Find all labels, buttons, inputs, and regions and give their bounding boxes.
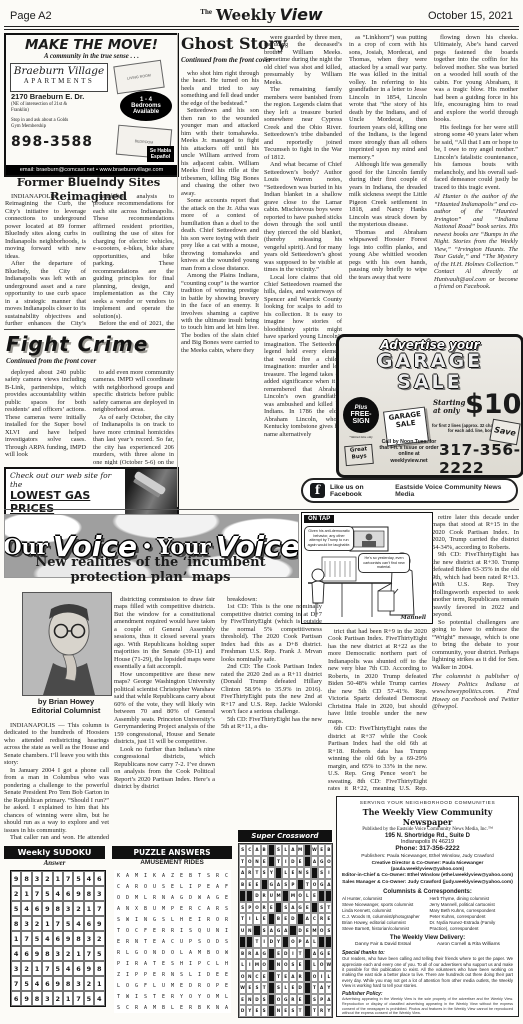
- grid-cell: Z: [114, 969, 123, 980]
- grid-row: ERNTEACUPSODS: [114, 936, 231, 947]
- howey-column-4: trict that had been R+9 in the 2020 Cook…: [328, 628, 427, 791]
- grid-cell: A: [318, 982, 325, 994]
- grid-cell: 5: [84, 991, 94, 1006]
- grid-cell: A: [253, 948, 260, 960]
- grid-cell: R: [159, 969, 168, 980]
- grid-cell: S: [318, 867, 325, 879]
- grid-cell: 7: [84, 946, 94, 961]
- list-item: As of early October, the city of Indiana…: [93, 414, 174, 465]
- grid-cell: 5: [94, 946, 104, 961]
- grid-row: CAROUSELIPEAF: [114, 881, 231, 892]
- grid-cell: E: [261, 971, 268, 983]
- grid-cell: X: [132, 903, 141, 914]
- grid-cell: S: [311, 994, 318, 1006]
- grid-cell: I: [261, 936, 268, 948]
- word-search-answer-grid: KAMIKAZEBTSRCCAROUSELIPEAFODMLRNAGDWAGEA…: [114, 870, 231, 1013]
- columnists-right-list: Herb Thyme, dining columnistJerry Mannel…: [430, 896, 514, 932]
- grid-row: ENDSOGRESPA: [239, 994, 332, 1006]
- grid-cell: E: [297, 994, 304, 1006]
- grid-cell: 3: [32, 871, 42, 886]
- grid-cell: D: [289, 856, 296, 868]
- grid-cell: A: [304, 936, 311, 948]
- grid-cell: O: [311, 879, 318, 891]
- grid-cell: S: [282, 879, 289, 891]
- grid-cell: D: [289, 913, 296, 925]
- grid-cell: R: [186, 903, 195, 914]
- list-item: Local lore claims that old Chief Setteed…: [264, 274, 342, 439]
- blueindy-column-1: INDIANAPOLIS — Reimagining the Curb, the…: [5, 193, 86, 327]
- grid-cell: 7: [11, 976, 21, 991]
- grid-cell: L: [311, 936, 318, 948]
- grid-cell: A: [204, 892, 213, 903]
- grid-cell: 2: [94, 931, 104, 946]
- list-item: deployed about 240 public safety camera …: [5, 369, 86, 459]
- grid-row: PIRATESHIPCLH: [114, 958, 231, 969]
- grid-cell: 7: [21, 931, 31, 946]
- badge-line: SIGN: [352, 418, 369, 425]
- grid-cell: U: [239, 925, 246, 937]
- gas-line2: LOWEST GAS PRICES: [10, 489, 122, 515]
- grid-cell: T: [114, 925, 123, 936]
- grid-cell: M: [311, 925, 318, 937]
- list-item: INDIANAPOLIS — This column is dedicated …: [4, 722, 109, 767]
- grid-cell: B: [186, 870, 195, 881]
- grid-cell: E: [150, 936, 159, 947]
- list-item: 6th CD: FiveThirtyEight rates the distri…: [328, 725, 427, 791]
- grid-cell: R: [195, 980, 204, 991]
- grid-cell: N: [275, 959, 282, 971]
- grid-cell: A: [159, 870, 168, 881]
- grid-cell: 4: [21, 901, 31, 916]
- grid-cell: S: [282, 902, 289, 914]
- grid-cell: L: [186, 969, 195, 980]
- grid-cell: W: [222, 947, 231, 958]
- grid-cell: [289, 925, 296, 937]
- newspaper-page: Page A2 The Weekly View October 15, 2021…: [0, 0, 523, 1024]
- grid-cell: U: [204, 925, 213, 936]
- grid-cell: E: [239, 994, 246, 1006]
- grid-cell: E: [275, 948, 282, 960]
- grid-cell: L: [311, 959, 318, 971]
- grid-cell: I: [282, 856, 289, 868]
- masthead-info-box: SERVING YOUR NEIGHBORHOOD COMMUNITIES Th…: [336, 796, 519, 1017]
- grid-cell: R: [213, 903, 222, 914]
- sudoku-answer-grid: 9832175462175469835469832178321754691754…: [10, 870, 106, 1007]
- grid-cell: U: [150, 881, 159, 892]
- grid-cell: [282, 890, 289, 902]
- list-item: Danny Fair & David Estsal: [355, 942, 411, 947]
- grid-cell: O: [282, 959, 289, 971]
- grid-cell: T: [297, 1005, 304, 1017]
- grid-cell: [268, 982, 275, 994]
- grid-cell: T: [297, 948, 304, 960]
- grid-cell: I: [177, 925, 186, 936]
- grid-cell: R: [186, 1002, 195, 1013]
- grid-cell: 9: [32, 946, 42, 961]
- grid-cell: E: [261, 856, 268, 868]
- grid-cell: 5: [73, 871, 83, 886]
- grid-cell: Q: [195, 925, 204, 936]
- list-item: who shot him right through the heart. He…: [181, 70, 259, 107]
- grid-cell: 3: [42, 991, 52, 1006]
- grid-cell: N: [213, 1002, 222, 1013]
- grid-cell: 4: [94, 991, 104, 1006]
- grid-cell: I: [325, 867, 332, 879]
- sign-line: Buys: [351, 453, 366, 460]
- grid-cell: [268, 948, 275, 960]
- sudoku-answer-label: Answer: [4, 859, 105, 867]
- grid-cell: G: [261, 948, 268, 960]
- grid-row: 175469832: [11, 931, 105, 946]
- grid-row: 546983217: [11, 901, 105, 916]
- grid-cell: 1: [84, 901, 94, 916]
- grid-cell: N: [168, 969, 177, 980]
- grid-cell: R: [318, 1005, 325, 1017]
- grid-cell: E: [159, 958, 168, 969]
- grid-cell: M: [159, 903, 168, 914]
- grid-cell: [268, 913, 275, 925]
- grid-cell: B: [204, 947, 213, 958]
- grid-cell: Z: [168, 870, 177, 881]
- grid-row: LIMONOSELOW: [239, 959, 332, 971]
- grid-cell: C: [222, 870, 231, 881]
- grid-cell: E: [253, 879, 260, 891]
- gas-nozzle-icon: [133, 471, 166, 496]
- grid-cell: [246, 936, 253, 948]
- grid-cell: E: [114, 936, 123, 947]
- grid-cell: [311, 902, 318, 914]
- grid-cell: R: [204, 914, 213, 925]
- grid-cell: [268, 844, 275, 856]
- grid-cell: A: [168, 892, 177, 903]
- grid-cell: G: [213, 892, 222, 903]
- grid-cell: Y: [325, 982, 332, 994]
- grid-cell: [282, 936, 289, 948]
- grid-row: ANXBUMPERCARS: [114, 903, 231, 914]
- grid-cell: D: [253, 994, 260, 1006]
- grid-cell: E: [282, 1005, 289, 1017]
- grid-cell: L: [282, 867, 289, 879]
- masthead-publisher-line: Published by the Eastside Voice Communit…: [342, 827, 513, 832]
- continued-from-front-cover: Continued from the front cover: [181, 56, 271, 64]
- grid-cell: C: [123, 1002, 132, 1013]
- grid-cell: N: [159, 892, 168, 903]
- grid-cell: I: [246, 913, 253, 925]
- list-item: Dr. Nydia Nunez-Estrada (Family Practice…: [430, 920, 514, 932]
- grid-cell: N: [275, 1005, 282, 1017]
- facebook-icon: f: [310, 483, 325, 498]
- grid-cell: W: [123, 991, 132, 1002]
- grid-cell: 6: [53, 931, 63, 946]
- grid-cell: 9: [73, 886, 83, 901]
- grid-cell: E: [297, 959, 304, 971]
- garage-word: GARAGE: [339, 352, 521, 371]
- publisher-policy-text: Advertising appearing in the Weekly View…: [342, 997, 513, 1016]
- grid-cell: Y: [195, 991, 204, 1002]
- columnist-bio: The columnist is publisher of Howey Poli…: [432, 673, 519, 710]
- grid-row: 983217546: [11, 871, 105, 886]
- list-item: Thomas and Abraham whipsawed Hoosier For…: [349, 229, 427, 281]
- grid-cell: A: [325, 994, 332, 1006]
- grid-cell: P: [195, 881, 204, 892]
- facebook-cta: Like us on Facebook: [330, 484, 390, 498]
- braeburn-apartments-ad: MAKE THE MOVE! A community in the true s…: [4, 33, 179, 177]
- grid-cell: 1: [94, 976, 104, 991]
- grid-cell: 3: [73, 976, 83, 991]
- grid-cell: U: [268, 890, 275, 902]
- howey-column-3: breakdown:1st CD: This is the one nomina…: [221, 596, 322, 823]
- grid-cell: C: [311, 913, 318, 925]
- grid-cell: S: [222, 903, 231, 914]
- grid-cell: D: [213, 936, 222, 947]
- grid-row: RLGONDOLAMBOW: [114, 947, 231, 958]
- grid-cell: [325, 890, 332, 902]
- grid-cell: W: [325, 959, 332, 971]
- byline-name: by Brian Howey: [22, 697, 110, 706]
- grid-cell: I: [123, 958, 132, 969]
- grid-cell: M: [150, 1002, 159, 1013]
- ghost-story-column-1: who shot him right through the heart. He…: [181, 70, 259, 508]
- grid-cell: N: [253, 856, 260, 868]
- grid-cell: O: [123, 925, 132, 936]
- grid-cell: T: [150, 958, 159, 969]
- delivery-names: Danny Fair & David EstsalAaron Cornell &…: [342, 942, 513, 947]
- masthead-publishers: Publishers: Paula Nicewanger, Ethel Wins…: [342, 854, 513, 859]
- grid-row: BRAGEDITAGE: [239, 948, 332, 960]
- grid-row: TOCFERRISQUNI: [114, 925, 231, 936]
- grid-cell: [304, 971, 311, 983]
- grid-cell: L: [325, 971, 332, 983]
- list-item: suitability analysis to produce recommen…: [93, 193, 174, 320]
- grid-cell: F: [222, 881, 231, 892]
- free-sign-badge: Plus FREE- SIGN: [343, 397, 379, 433]
- grid-cell: 5: [21, 976, 31, 991]
- grid-cell: T: [253, 867, 260, 879]
- grid-cell: M: [132, 892, 141, 903]
- continued-from-front-cover: Continued from the front cover: [6, 357, 96, 365]
- grid-cell: L: [168, 1002, 177, 1013]
- headline-brand: BlueIndy: [68, 175, 125, 189]
- starting-at-only: Starting at only: [433, 399, 467, 414]
- grid-cell: E: [318, 844, 325, 856]
- grid-cell: [311, 867, 318, 879]
- sudoku-title-banner: Weekly SUDOKU: [4, 846, 105, 859]
- grid-cell: S: [177, 969, 186, 980]
- grid-row: ARTSYLENSSI: [239, 867, 332, 879]
- grid-cell: E: [325, 948, 332, 960]
- grid-row: 698321754: [11, 991, 105, 1006]
- grid-cell: E: [246, 982, 253, 994]
- grid-cell: A: [304, 913, 311, 925]
- grid-cell: 4: [73, 916, 83, 931]
- grid-cell: O: [204, 991, 213, 1002]
- grid-cell: A: [282, 925, 289, 937]
- grid-cell: T: [114, 991, 123, 1002]
- grid-cell: G: [282, 994, 289, 1006]
- grid-cell: S: [141, 991, 150, 1002]
- grid-cell: L: [114, 980, 123, 991]
- grid-cell: O: [246, 856, 253, 868]
- grid-cell: [268, 959, 275, 971]
- grid-cell: I: [246, 959, 253, 971]
- grid-cell: R: [168, 991, 177, 1002]
- grid-cell: T: [275, 971, 282, 983]
- grid-cell: L: [177, 947, 186, 958]
- grid-cell: A: [289, 902, 296, 914]
- grid-cell: S: [275, 844, 282, 856]
- grid-cell: O: [261, 959, 268, 971]
- yard-sign-line: SALE: [395, 419, 416, 429]
- blueindy-column-2: suitability analysis to produce recommen…: [93, 193, 174, 327]
- grid-cell: [318, 936, 325, 948]
- grid-cell: D: [253, 890, 260, 902]
- grid-cell: 3: [84, 931, 94, 946]
- grid-cell: K: [204, 1002, 213, 1013]
- grid-cell: S: [186, 925, 195, 936]
- grid-cell: T: [275, 856, 282, 868]
- grid-cell: R: [246, 948, 253, 960]
- grid-cell: A: [268, 925, 275, 937]
- grid-cell: S: [261, 994, 268, 1006]
- grid-cell: S: [253, 982, 260, 994]
- grid-row: SCRAMBLERBKNA: [114, 1002, 231, 1013]
- garage-ad-phone: 317-356-2222: [439, 441, 521, 477]
- grid-cell: N: [132, 936, 141, 947]
- grid-cell: [275, 867, 282, 879]
- grid-cell: S: [304, 867, 311, 879]
- grid-cell: A: [289, 844, 296, 856]
- grid-cell: B: [261, 844, 268, 856]
- grid-cell: E: [289, 867, 296, 879]
- grid-cell: A: [141, 1002, 150, 1013]
- grid-cell: 4: [42, 931, 52, 946]
- grid-cell: 7: [42, 961, 52, 976]
- grid-cell: 5: [53, 961, 63, 976]
- grid-cell: S: [168, 958, 177, 969]
- columnists-left-list: Al Hunter, columnistSteve Nicewanger, sp…: [342, 896, 426, 932]
- masthead-phone: Phone: 317-356-2222: [342, 845, 513, 852]
- grid-cell: L: [304, 890, 311, 902]
- grid-cell: S: [239, 844, 246, 856]
- grid-cell: 9: [21, 991, 31, 1006]
- grid-cell: D: [297, 925, 304, 937]
- grid-cell: A: [275, 879, 282, 891]
- masthead-tagline: SERVING YOUR NEIGHBORHOOD COMMUNITIES: [342, 801, 513, 806]
- grid-cell: 8: [21, 871, 31, 886]
- grid-cell: E: [289, 982, 296, 994]
- facebook-bar[interactable]: f Like us on Facebook Eastside Voice Com…: [301, 478, 518, 503]
- grid-cell: D: [297, 982, 304, 994]
- call-instructions: Call by Noon Tues. for that Fri.’s issue…: [379, 439, 439, 464]
- delivery-header: The Weekly View Delivery:: [342, 935, 513, 941]
- grid-cell: 4: [63, 961, 73, 976]
- grid-cell: A: [311, 856, 318, 868]
- grid-cell: S: [159, 881, 168, 892]
- logo-sub-text: APARTMENTS: [11, 77, 107, 85]
- grid-cell: G: [132, 947, 141, 958]
- grid-cell: U: [159, 980, 168, 991]
- grid-cell: N: [246, 971, 253, 983]
- grid-cell: 6: [42, 976, 52, 991]
- grid-cell: O: [141, 881, 150, 892]
- word-search-title: AMUSEMENT RIDES: [112, 859, 232, 866]
- grid-cell: L: [141, 892, 150, 903]
- banner-dot: •: [142, 537, 152, 556]
- grid-cell: E: [168, 881, 177, 892]
- grid-cell: 8: [42, 946, 52, 961]
- grid-cell: U: [150, 903, 159, 914]
- list-item: Sales Manager & Co-Owner: Judy Crawford …: [342, 880, 513, 886]
- grid-cell: Y: [268, 867, 275, 879]
- grid-cell: E: [304, 925, 311, 937]
- grid-cell: [304, 959, 311, 971]
- grid-cell: 6: [73, 961, 83, 976]
- list-item: The remaining family members were banish…: [264, 86, 342, 161]
- grid-cell: D: [239, 1005, 246, 1017]
- grid-cell: B: [239, 948, 246, 960]
- grid-cell: T: [195, 870, 204, 881]
- grid-cell: [268, 1005, 275, 1017]
- grid-cell: S: [275, 982, 282, 994]
- grid-cell: A: [253, 844, 260, 856]
- grid-cell: O: [204, 980, 213, 991]
- grid-cell: R: [297, 971, 304, 983]
- ad-email-bar[interactable]: email: braeburn@comcast.net • www.braebu…: [6, 165, 177, 175]
- grid-cell: W: [195, 892, 204, 903]
- grid-cell: 6: [94, 871, 104, 886]
- grid-cell: H: [177, 914, 186, 925]
- grid-cell: B: [195, 1002, 204, 1013]
- grid-cell: E: [253, 1005, 260, 1017]
- grid-cell: 9: [94, 916, 104, 931]
- grid-cell: 1: [21, 886, 31, 901]
- grid-cell: E: [177, 903, 186, 914]
- grid-row: TONETIDEAGO: [239, 856, 332, 868]
- grid-row: TILEBEDACRE: [239, 913, 332, 925]
- braeburn-logo: Braeburn Village APARTMENTS: [10, 63, 108, 92]
- ghost-story-column-4: flowing down his cheeks. Ultimately, Abe…: [434, 34, 518, 330]
- grid-row: ODMLRNAGDWAGE: [114, 892, 231, 903]
- section-rule: [4, 329, 175, 330]
- grid-cell: P: [186, 936, 195, 947]
- grid-cell: [304, 856, 311, 868]
- grid-cell: Y: [325, 1005, 332, 1017]
- grid-cell: W: [311, 844, 318, 856]
- grid-cell: T: [253, 936, 260, 948]
- grid-row: SWINGSLHEIROR: [114, 914, 231, 925]
- grid-row: SCABSLAMWEB: [239, 844, 332, 856]
- grid-cell: E: [268, 902, 275, 914]
- grid-cell: E: [150, 925, 159, 936]
- grid-cell: 7: [94, 901, 104, 916]
- grid-cell: M: [297, 844, 304, 856]
- grid-row: TIDYOPAL: [239, 936, 332, 948]
- list-item: Before the end of 2021, the City will de…: [93, 320, 174, 327]
- grid-cell: M: [213, 991, 222, 1002]
- list-item: 1st CD: This is the one nominally compet…: [221, 603, 322, 663]
- grid-cell: E: [246, 879, 253, 891]
- list-item: Although life was generally good for the…: [349, 161, 427, 228]
- grid-cell: 8: [32, 991, 42, 1006]
- grid-cell: 2: [11, 886, 21, 901]
- grid-cell: T: [304, 879, 311, 891]
- grid-cell: 2: [73, 901, 83, 916]
- grid-cell: T: [150, 991, 159, 1002]
- grid-cell: T: [311, 1005, 318, 1017]
- grid-cell: 3: [63, 901, 73, 916]
- columnists-header: Columnists & Correspondents:: [342, 889, 513, 895]
- facebook-page-name: Eastside Voice Community News Media: [395, 484, 509, 498]
